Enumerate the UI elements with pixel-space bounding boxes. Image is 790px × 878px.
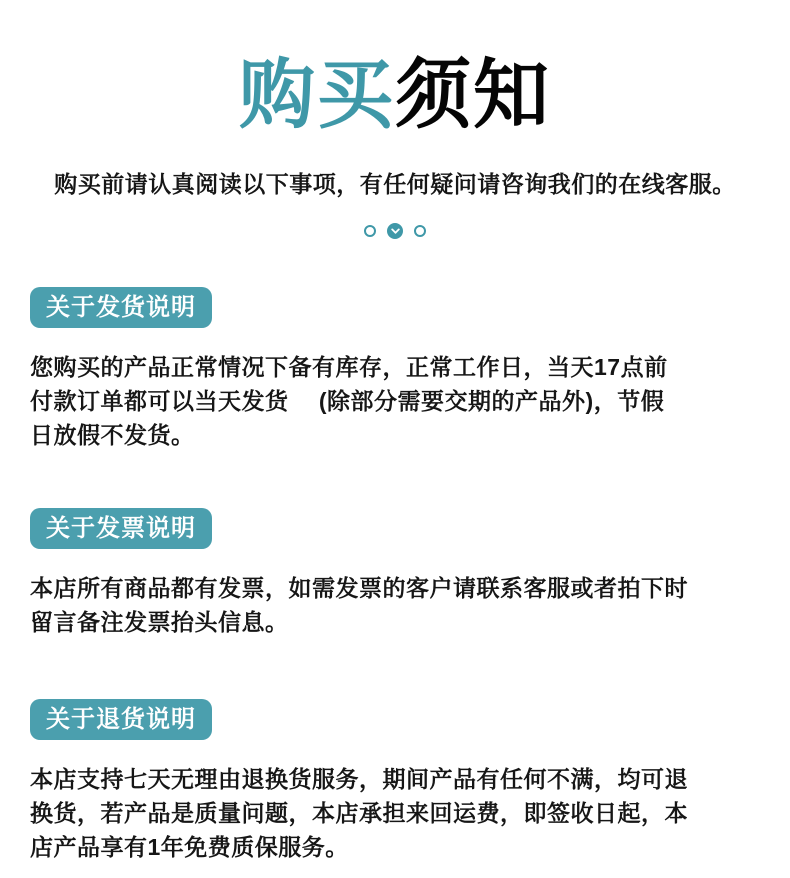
section-returns-body: 本店支持七天无理由退换货服务，期间产品有任何不满，均可退 换货，若产品是质量问题… [30,762,760,864]
section-invoice: 关于发票说明 本店所有商品都有发票，如需发票的客户请联系客服或者拍下时 留言备注… [30,508,760,639]
page-title-dark-part: 须知 [395,53,551,138]
section-returns-badge: 关于退货说明 [30,699,212,740]
section-returns: 关于退货说明 本店支持七天无理由退换货服务，期间产品有任何不满，均可退 换货，若… [30,699,760,864]
notice-sections: 关于发货说明 您购买的产品正常情况下备有库存，正常工作日，当天17点前 付款订单… [0,287,790,864]
section-shipping-badge: 关于发货说明 [30,287,212,328]
page-header: 购买须知 购买前请认真阅读以下事项，有任何疑问请咨询我们的在线客服。 [0,0,790,239]
chevron-down-icon [391,228,400,235]
page-subtitle: 购买前请认真阅读以下事项，有任何疑问请咨询我们的在线客服。 [0,166,790,199]
carousel-dots [0,223,790,239]
page-title: 购买须知 [0,52,790,140]
section-invoice-body: 本店所有商品都有发票，如需发票的客户请联系客服或者拍下时 留言备注发票抬头信息。 [30,571,760,639]
section-shipping: 关于发货说明 您购买的产品正常情况下备有库存，正常工作日，当天17点前 付款订单… [30,287,760,452]
section-shipping-body: 您购买的产品正常情况下备有库存，正常工作日，当天17点前 付款订单都可以当天发货… [30,350,760,452]
purchase-notice-page: 购买须知 购买前请认真阅读以下事项，有任何疑问请咨询我们的在线客服。 关于发货说… [0,0,790,878]
carousel-dot-active[interactable] [387,223,403,239]
carousel-dot[interactable] [414,225,426,237]
carousel-dot[interactable] [364,225,376,237]
section-invoice-badge: 关于发票说明 [30,508,212,549]
page-title-accent-part: 购买 [239,53,395,138]
